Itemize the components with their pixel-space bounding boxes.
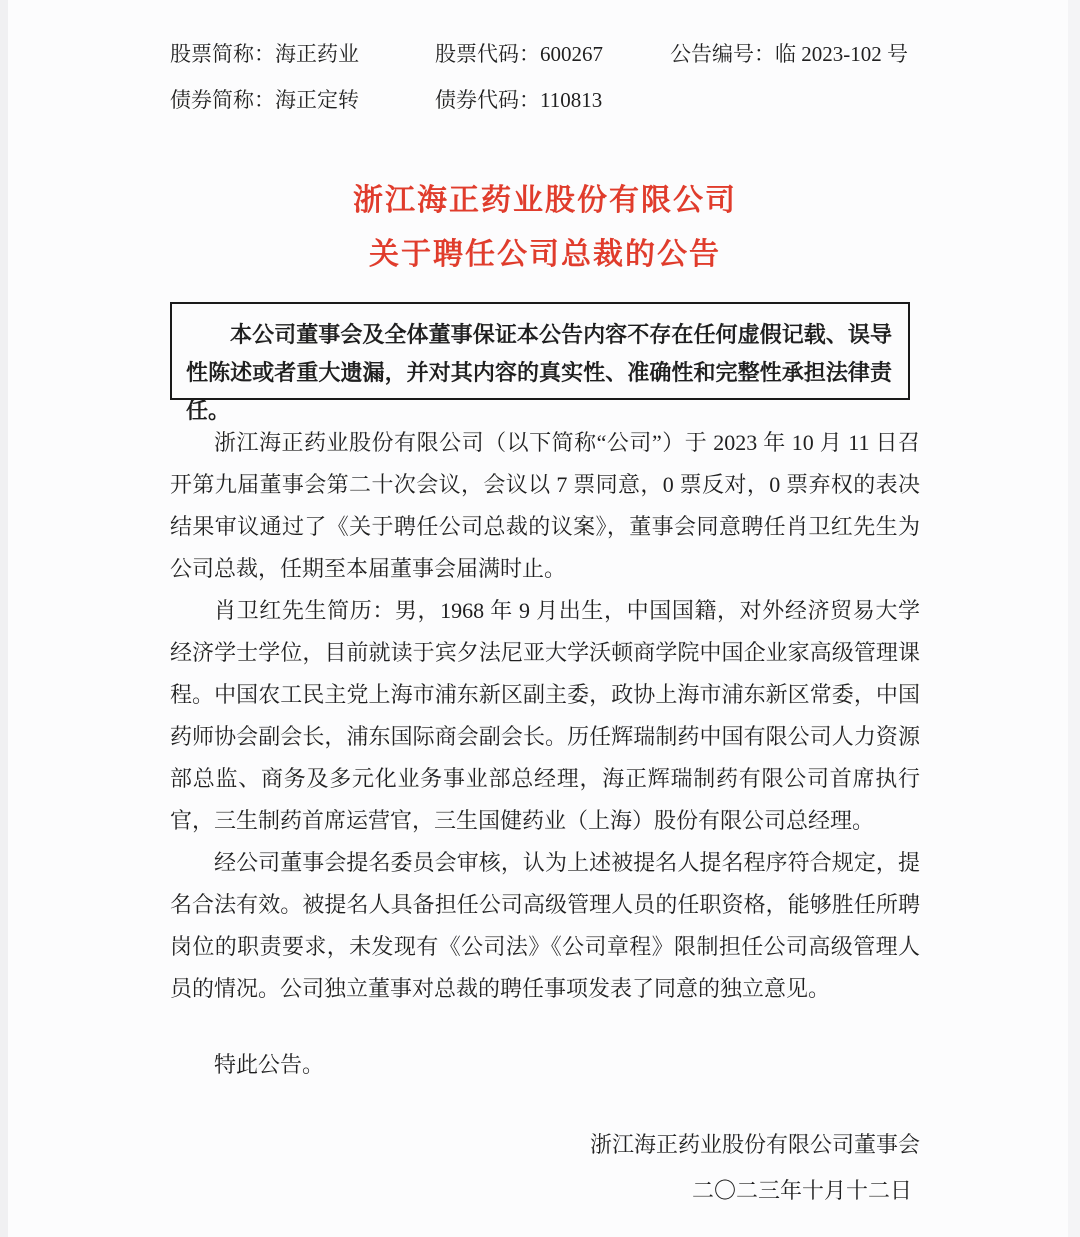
signature-date: 二〇二三年十月十二日 [170,1168,920,1214]
bond-code: 债券代码：110813 [435,84,670,114]
disclaimer-box: 本公司董事会及全体董事保证本公告内容不存在任何虚假记载、误导性陈述或者重大遗漏，… [170,302,910,400]
stock-code: 股票代码：600267 [435,38,670,68]
document-header: 股票简称：海正药业 股票代码：600267 公告编号：临 2023-102 号 … [170,30,930,122]
document-title: 浙江海正药业股份有限公司 关于聘任公司总裁的公告 [170,174,920,282]
stock-short-name: 股票简称：海正药业 [170,38,435,68]
title-company-name: 浙江海正药业股份有限公司 [170,174,920,228]
bond-short-name: 债券简称：海正定转 [170,84,435,114]
body-paragraph-resolution: 浙江海正药业股份有限公司（以下简称“公司”）于 2023 年 10 月 11 日… [170,422,920,590]
closing-statement: 特此公告。 [170,1044,920,1086]
signature-block: 浙江海正药业股份有限公司董事会 二〇二三年十月十二日 [170,1122,920,1214]
body-paragraph-resume: 肖卫红先生简历：男，1968 年 9 月出生，中国国籍，对外经济贸易大学经济学士… [170,590,920,842]
title-announcement-subject: 关于聘任公司总裁的公告 [170,228,920,282]
header-row-stock: 股票简称：海正药业 股票代码：600267 公告编号：临 2023-102 号 [170,30,930,76]
signature-company: 浙江海正药业股份有限公司董事会 [170,1122,920,1168]
document-body: 浙江海正药业股份有限公司（以下简称“公司”）于 2023 年 10 月 11 日… [170,422,920,1214]
disclaimer-text: 本公司董事会及全体董事保证本公告内容不存在任何虚假记载、误导性陈述或者重大遗漏，… [186,316,892,430]
announcement-page: 股票简称：海正药业 股票代码：600267 公告编号：临 2023-102 号 … [0,0,1080,1237]
header-row-bond: 债券简称：海正定转 债券代码：110813 [170,76,930,122]
page-edge-left [0,0,8,1237]
body-paragraph-nomination: 经公司董事会提名委员会审核，认为上述被提名人提名程序符合规定，提名合法有效。被提… [170,842,920,1010]
announcement-number: 公告编号：临 2023-102 号 [670,38,930,68]
page-edge-right [1068,0,1080,1237]
